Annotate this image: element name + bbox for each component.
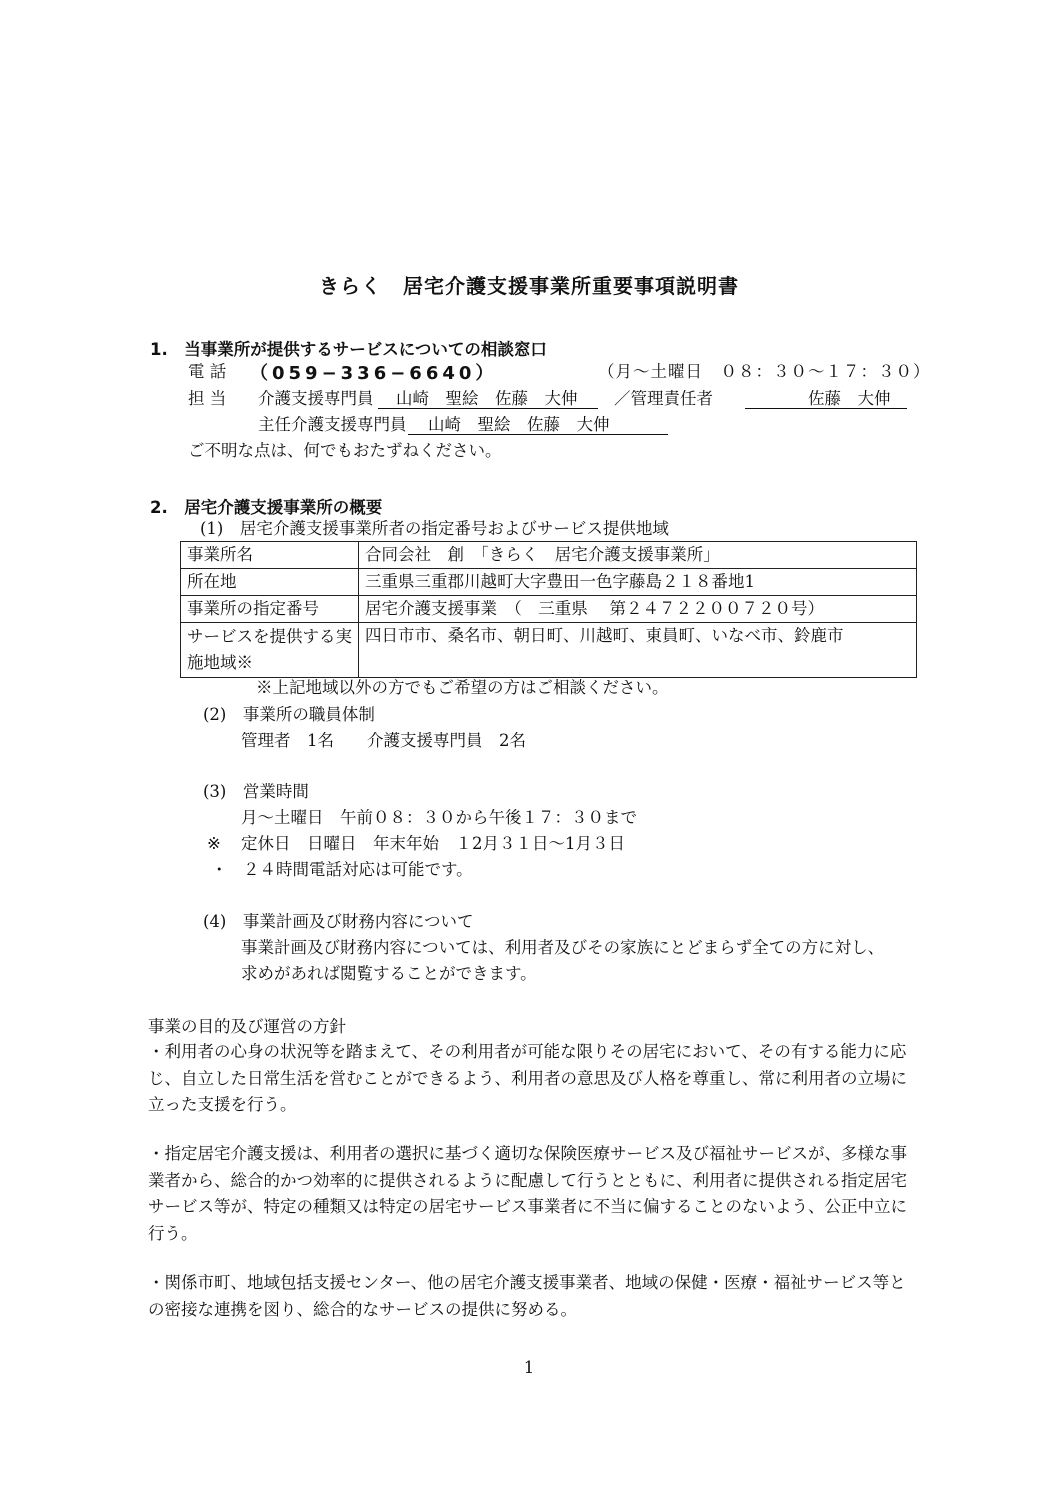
policy-heading: 事業の目的及び運営の方針 — [148, 1017, 346, 1037]
page-number: 1 — [0, 1358, 1058, 1378]
care-manager-underline — [378, 408, 598, 409]
table-key: サービスを提供する実施地域※ — [181, 623, 359, 678]
staff-composition: 管理者 1名 介護支援専門員 2名 — [241, 731, 526, 751]
phone-support: ２４時間電話対応は可能です。 — [243, 860, 473, 880]
chief-care-manager-label: 主任介護支援専門員 — [258, 415, 407, 435]
table-key: 事業所名 — [181, 542, 359, 569]
admin-label: ／管理責任者 — [614, 389, 713, 409]
table-row: 事業所の指定番号 居宅介護支援事業 （ 三重県 第２４７２２００７２０号） — [181, 596, 917, 623]
phone-label: 電 話 — [188, 362, 226, 382]
table-value: 三重県三重郡川越町大字豊田一色字藤島２１８番地1 — [359, 569, 917, 596]
care-manager-names: 山崎 聖絵 佐藤 大伸 — [396, 389, 578, 409]
subsection1-heading: (1) 居宅介護支援事業所者の指定番号およびサービス提供地域 — [200, 519, 669, 539]
phone-number: （059−336−6640） — [250, 359, 497, 385]
holidays: 定休日 日曜日 年末年始 １2月３１日〜1月３日 — [241, 834, 625, 854]
policy-paragraph-3: ・関係市町、地域包括支援センター、他の居宅介護支援事業者、地域の保健・医療・福祉… — [148, 1270, 918, 1323]
policy-paragraph-2: ・指定居宅介護支援は、利用者の選択に基づく適切な保険医療サービス及び福祉サービス… — [148, 1141, 918, 1247]
table-key: 所在地 — [181, 569, 359, 596]
subsection4-line2: 求めがあれば閲覧することができます。 — [241, 964, 537, 984]
document-title: きらく 居宅介護支援事業所重要事項説明書 — [0, 270, 1058, 299]
section2-heading: 2. 居宅介護支援事業所の概要 — [150, 494, 382, 518]
phone-support-mark: ・ — [211, 860, 228, 880]
policy-paragraph-1: ・利用者の心身の状況等を踏まえて、その利用者が可能な限りその居宅において、その有… — [148, 1039, 918, 1119]
subsection4-line1: 事業計画及び財務内容については、利用者及びその家族にとどまらず全ての方に対し、 — [241, 938, 884, 958]
table-row: 事業所名 合同会社 創 「きらく 居宅介護支援事業所」 — [181, 542, 917, 569]
admin-name: 佐藤 大伸 — [808, 389, 891, 409]
staff-label: 担 当 — [188, 389, 226, 409]
inquiry-note: ご不明な点は、何でもおたずねください。 — [188, 441, 502, 461]
holidays-mark: ※ — [207, 834, 221, 854]
table-row: サービスを提供する実施地域※ 四日市市、桑名市、朝日町、川越町、東員町、いなべ市… — [181, 623, 917, 678]
phone-hours: （月〜土曜日 ０８：３０〜１７：３０） — [598, 362, 931, 382]
table-value: 合同会社 創 「きらく 居宅介護支援事業所」 — [359, 542, 917, 569]
business-hours: 月〜土曜日 午前０８：３０から午後１７：３０まで — [241, 808, 637, 828]
table-value: 居宅介護支援事業 （ 三重県 第２４７２２００７２０号） — [359, 596, 917, 623]
office-info-table: 事業所名 合同会社 創 「きらく 居宅介護支援事業所」 所在地 三重県三重郡川越… — [180, 541, 917, 678]
subsection2-heading: (2) 事業所の職員体制 — [203, 705, 375, 725]
table-row: 所在地 三重県三重郡川越町大字豊田一色字藤島２１８番地1 — [181, 569, 917, 596]
section1-heading: 1. 当事業所が提供するサービスについての相談窓口 — [150, 336, 547, 360]
chief-care-manager-names: 山崎 聖絵 佐藤 大伸 — [428, 415, 610, 435]
care-manager-label: 介護支援専門員 — [258, 389, 374, 409]
admin-underline — [745, 408, 907, 409]
table-key: 事業所の指定番号 — [181, 596, 359, 623]
chief-care-manager-underline — [408, 434, 668, 435]
table-note: ※上記地域以外の方でもご希望の方はご相談ください。 — [256, 678, 669, 698]
subsection4-heading: (4) 事業計画及び財務内容について — [203, 912, 474, 932]
table-value: 四日市市、桑名市、朝日町、川越町、東員町、いなべ市、鈴鹿市 — [359, 623, 917, 678]
subsection3-heading: (3) 営業時間 — [203, 782, 309, 802]
